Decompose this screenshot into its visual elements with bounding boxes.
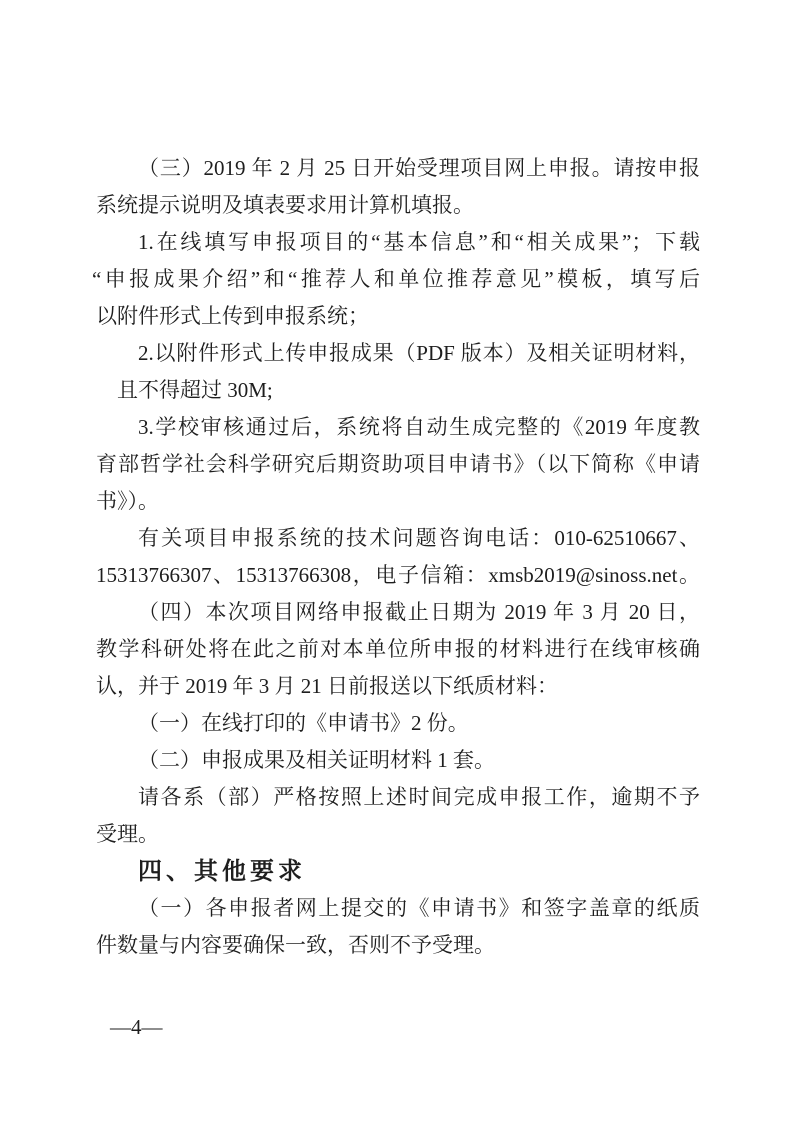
- text-line: 系统提示说明及填表要求用计算机填报。: [96, 187, 700, 224]
- text-line: 受理。: [96, 816, 700, 853]
- text-line: 件数量与内容要确保一致，否则不予受理。: [96, 927, 700, 964]
- text-line: “申报成果介绍”和“推荐人和单位推荐意见”模板，填写后: [96, 261, 700, 298]
- text-line: 15313766307、15313766308，电子信箱：xmsb2019@si…: [96, 557, 700, 594]
- document-page: （三）2019 年 2 月 25 日开始受理项目网上申报。请按申报 系统提示说明…: [0, 0, 793, 1122]
- text-line: 育部哲学社会科学研究后期资助项目申请书》（以下简称《申请: [96, 446, 700, 483]
- text-line: 教学科研处将在此之前对本单位所申报的材料进行在线审核确: [96, 631, 700, 668]
- text-line: （四）本次项目网络申报截止日期为 2019 年 3 月 20 日，: [96, 594, 700, 631]
- text-line: （三）2019 年 2 月 25 日开始受理项目网上申报。请按申报: [96, 150, 700, 187]
- text-line: 1.在线填写申报项目的“基本信息”和“相关成果”；下载: [96, 224, 700, 261]
- text-line: 书》）。: [96, 483, 700, 520]
- text-line: 且不得超过 30M;: [96, 372, 700, 409]
- section-heading: 四、其他要求: [96, 853, 700, 890]
- page-number: —4—: [110, 1009, 163, 1046]
- text-line: 请各系（部）严格按照上述时间完成申报工作，逾期不予: [96, 779, 700, 816]
- text-line: 2.以附件形式上传申报成果（PDF 版本）及相关证明材料，: [96, 335, 700, 372]
- text-line: 认，并于 2019 年 3 月 21 日前报送以下纸质材料：: [96, 668, 700, 705]
- text-line: 以附件形式上传到申报系统；: [96, 298, 700, 335]
- text-line: 3.学校审核通过后，系统将自动生成完整的《2019 年度教: [96, 409, 700, 446]
- text-line: （一）各申报者网上提交的《申请书》和签字盖章的纸质: [96, 890, 700, 927]
- document-body: （三）2019 年 2 月 25 日开始受理项目网上申报。请按申报 系统提示说明…: [96, 150, 700, 964]
- text-line: 有关项目申报系统的技术问题咨询电话：010-62510667、: [96, 520, 700, 557]
- text-line: （二）申报成果及相关证明材料 1 套。: [96, 742, 700, 779]
- text-line: （一）在线打印的《申请书》2 份。: [96, 705, 700, 742]
